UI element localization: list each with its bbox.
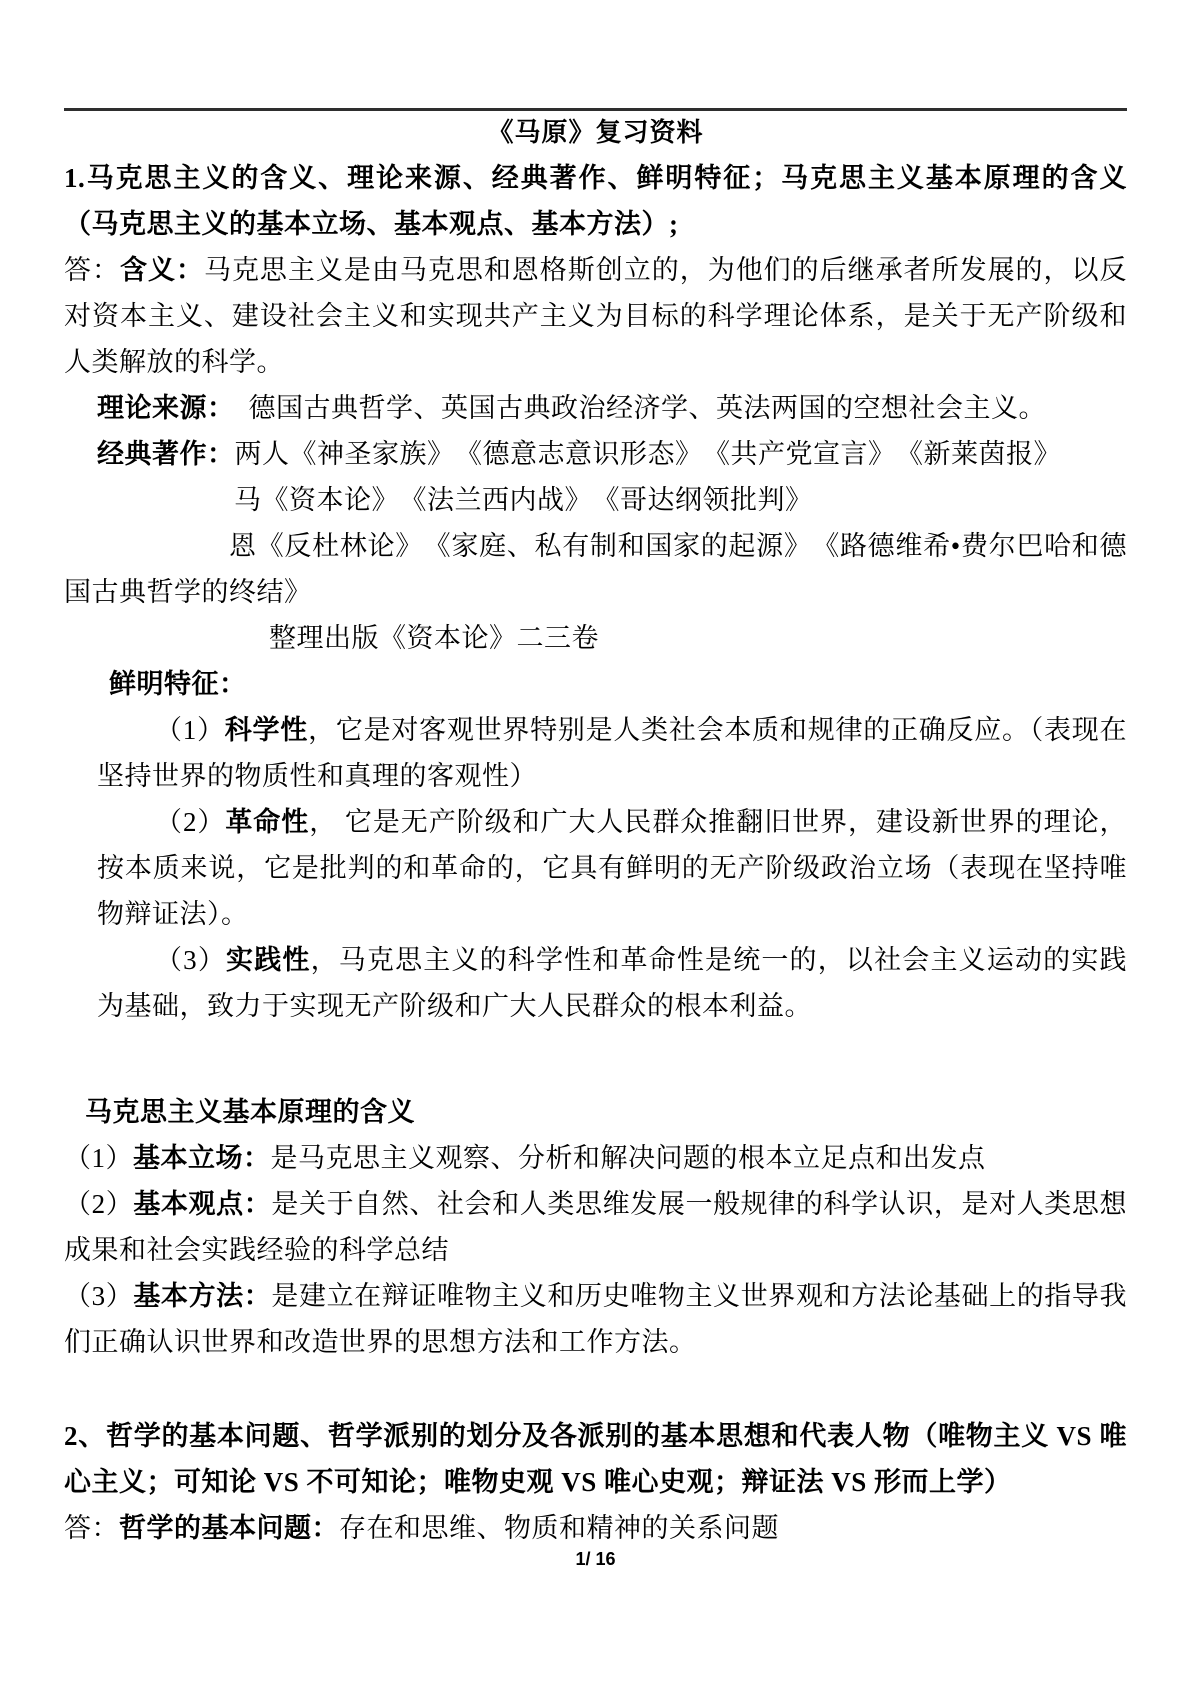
document-page: 《马原》复习资料 1.马克思主义的含义、理论来源、经典著作、鲜明特征；马克思主义… — [0, 0, 1191, 1684]
bold-text-run: 基本观点： — [133, 1189, 271, 1219]
marx-works: 马《资本论》 《法兰西内战》 《哥达纲领批判》 — [234, 477, 1127, 523]
basic-viewpoint: （2）基本观点：是关于自然、社会和人类思维发展一般规律的科学认识，是对人类思想成… — [64, 1181, 1127, 1273]
text-run: 马克思主义是由马克思和恩格斯创立的，为他们的后继承者所发展的，以反对资本主义、建… — [64, 255, 1127, 377]
text-run: 是马克思主义观察、分析和解决问题的根本立足点和出发点 — [271, 1143, 986, 1173]
text-run: 两人《神圣家族》 《德意志意识形态》 《共产党宣言》 《新莱茵报》 — [235, 439, 1062, 469]
capital-volumes: 整理出版《资本论》二三卷 — [269, 615, 1127, 661]
classic-works: 经典著作：两人《神圣家族》 《德意志意识形态》 《共产党宣言》 《新莱茵报》 — [97, 431, 1127, 477]
bold-text-run: 1.马克思主义的含义、理论来源、经典著作、鲜明特征；马克思主义基本原理的含义（马… — [64, 163, 1127, 239]
bold-text-run: 经典著作： — [97, 439, 235, 469]
bold-text-run: 含义： — [120, 255, 204, 285]
text-run: 答： — [64, 255, 120, 285]
basic-method: （3）基本方法：是建立在辩证唯物主义和历史唯物主义世界观和方法论基础上的指导我们… — [64, 1273, 1127, 1365]
theory-sources: 理论来源： 德国古典哲学、英国古典政治经济学、英法两国的空想社会主义。 — [97, 385, 1127, 431]
text-run: 存在和思维、物质和精神的关系问题 — [339, 1513, 779, 1543]
bold-text-run: 2、哲学的基本问题、哲学派别的划分及各派别的基本思想和代表人物（唯物主义 VS … — [64, 1421, 1127, 1497]
text-run: 答： — [64, 1513, 119, 1543]
text-run: 马《资本论》 《法兰西内战》 《哥达纲领批判》 — [234, 485, 813, 515]
question-2-heading: 2、哲学的基本问题、哲学派别的划分及各派别的基本思想和代表人物（唯物主义 VS … — [64, 1413, 1127, 1505]
text-run: （2） — [64, 1189, 133, 1219]
bold-text-run: 哲学的基本问题： — [119, 1513, 339, 1543]
document-content: 《马原》复习资料 1.马克思主义的含义、理论来源、经典著作、鲜明特征；马克思主义… — [64, 108, 1127, 1551]
bold-text-run: 革命性 — [225, 807, 309, 837]
text-run: （1） — [155, 715, 225, 745]
bold-text-run: 基本立场： — [133, 1143, 271, 1173]
answer-philosophy-question: 答：哲学的基本问题：存在和思维、物质和精神的关系问题 — [64, 1505, 1127, 1551]
bold-text-run: 基本方法： — [133, 1281, 271, 1311]
answer-definition: 答：含义：马克思主义是由马克思和恩格斯创立的，为他们的后继承者所发展的，以反对资… — [64, 247, 1127, 385]
document-title: 《马原》复习资料 — [64, 111, 1127, 155]
text-run: （3） — [155, 945, 226, 975]
feature-practical: （3）实践性，马克思主义的科学性和革命性是统一的，以社会主义运动的实践为基础，致… — [97, 937, 1127, 1029]
bold-text-run: 鲜明特征： — [109, 669, 247, 699]
page-number: 1/ 16 — [0, 1548, 1191, 1570]
basic-stance: （1）基本立场：是马克思主义观察、分析和解决问题的根本立足点和出发点 — [64, 1135, 1127, 1181]
text-run: 恩《反杜林论》 《家庭、私有制和国家的起源》 《路德维希•费尔巴哈和德国古典哲学… — [64, 531, 1127, 607]
basic-principles-heading: 马克思主义基本原理的含义 — [85, 1089, 1127, 1135]
text-run: 德国古典哲学、英国古典政治经济学、英法两国的空想社会主义。 — [221, 393, 1046, 423]
bold-text-run: 理论来源： — [97, 393, 221, 423]
feature-scientific: （1）科学性，它是对客观世界特别是人类社会本质和规律的正确反应。（表现在坚持世界… — [97, 707, 1127, 799]
document-body: 1.马克思主义的含义、理论来源、经典著作、鲜明特征；马克思主义基本原理的含义（马… — [64, 155, 1127, 1551]
text-run: （2） — [155, 807, 225, 837]
question-1-heading: 1.马克思主义的含义、理论来源、经典著作、鲜明特征；马克思主义基本原理的含义（马… — [64, 155, 1127, 247]
text-run: （3） — [64, 1281, 133, 1311]
bold-text-run: 马克思主义基本原理的含义 — [85, 1097, 415, 1127]
bold-text-run: 科学性 — [225, 715, 308, 745]
text-run: 整理出版《资本论》二三卷 — [269, 623, 599, 653]
text-run: （1） — [64, 1143, 133, 1173]
engels-works: 恩《反杜林论》 《家庭、私有制和国家的起源》 《路德维希•费尔巴哈和德国古典哲学… — [64, 523, 1127, 615]
bold-text-run: 实践性 — [226, 945, 311, 975]
feature-revolutionary: （2）革命性， 它是无产阶级和广大人民群众推翻旧世界，建设新世界的理论，按本质来… — [97, 799, 1127, 937]
distinct-features-heading: 鲜明特征： — [109, 661, 1127, 707]
